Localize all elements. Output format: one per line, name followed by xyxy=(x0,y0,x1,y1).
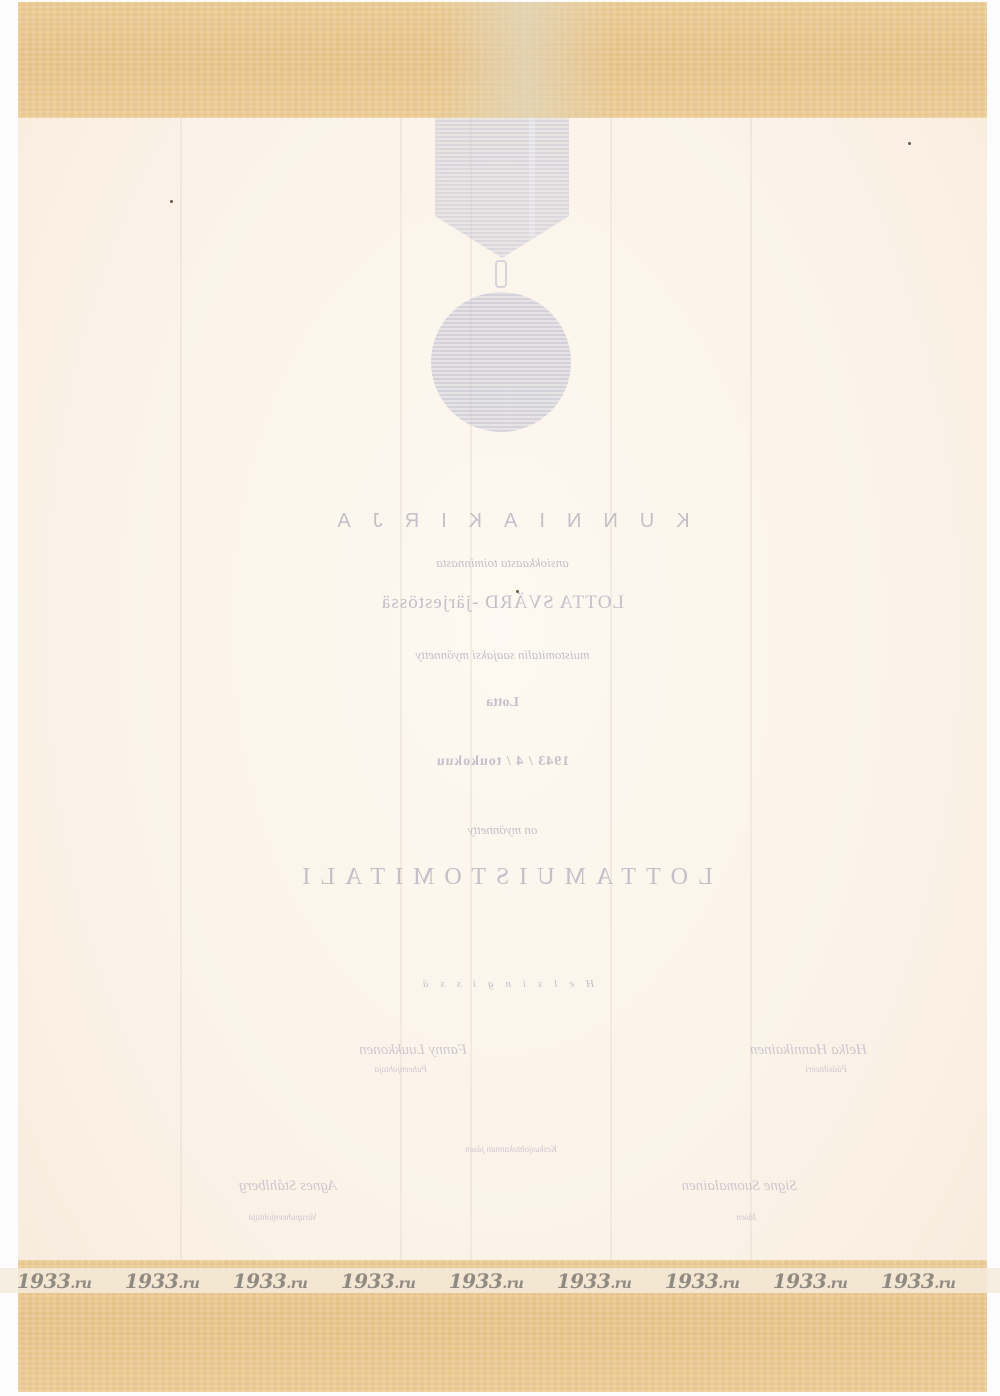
signature-role: Keskusjohtokunnan jäsen xyxy=(465,1144,557,1154)
subtitle-line: ansiokkaasta toiminnasta xyxy=(18,555,987,571)
watermark-text: 1933.ru xyxy=(540,1269,648,1293)
watermark-strip: 1933.ru 1933.ru 1933.ru 1933.ru 1933.ru … xyxy=(0,1268,1000,1293)
paper-speck xyxy=(516,590,519,593)
date-line: 1943 / 4 / toukokuu xyxy=(18,754,987,770)
signature: Fanny Luukkonen xyxy=(359,1042,467,1059)
certificate-title: KUNNIAKIRJA xyxy=(18,510,987,533)
watermark-text: 1933.ru xyxy=(756,1269,864,1293)
organization-name: LOTTA SVÄRD -järjestössä xyxy=(18,592,987,614)
watermark-text: 1933.ru xyxy=(216,1269,324,1293)
signature: Helka Hannikainen xyxy=(750,1042,867,1059)
paper-speck xyxy=(908,142,911,145)
watermark-text: 1933.ru xyxy=(0,1269,108,1293)
watermark-text: 1933.ru xyxy=(324,1269,432,1293)
watermark-text: 1933.ru xyxy=(108,1269,216,1293)
medal-disc-icon xyxy=(431,292,571,432)
bleed-through-content: KUNNIAKIRJA ansiokkaasta toiminnasta LOT… xyxy=(18,2,987,1392)
signature-role: Varapuheenjohtaja xyxy=(249,1212,318,1222)
medal-name: LOTTAMUISTOMITALI xyxy=(18,864,987,891)
place-line: Helsingissä xyxy=(18,978,987,990)
ribbon-stripe xyxy=(529,118,535,238)
medal-ring-icon xyxy=(495,260,507,288)
awarded-line: on myönnetty xyxy=(18,822,987,838)
watermark-text: 1933.ru xyxy=(864,1269,972,1293)
signature-role: Puheenjohtaja xyxy=(375,1064,428,1074)
recipient-title: Lotta xyxy=(18,695,987,711)
signature: Agnes Ståhlberg xyxy=(239,1178,337,1195)
certificate-paper: KUNNIAKIRJA ansiokkaasta toiminnasta LOT… xyxy=(18,2,987,1392)
signature-role: Pääsihteeri xyxy=(806,1064,848,1074)
watermark-text: 1933.ru xyxy=(432,1269,540,1293)
watermark-text: 1933.ru xyxy=(648,1269,756,1293)
signature-role: Jäsen xyxy=(737,1212,758,1222)
medal-ribbon-icon xyxy=(435,118,569,258)
award-description: muistomitalin saajaksi myönnetty xyxy=(18,647,987,663)
paper-speck xyxy=(170,200,173,203)
signature: Signe Suomalainen xyxy=(682,1178,797,1195)
